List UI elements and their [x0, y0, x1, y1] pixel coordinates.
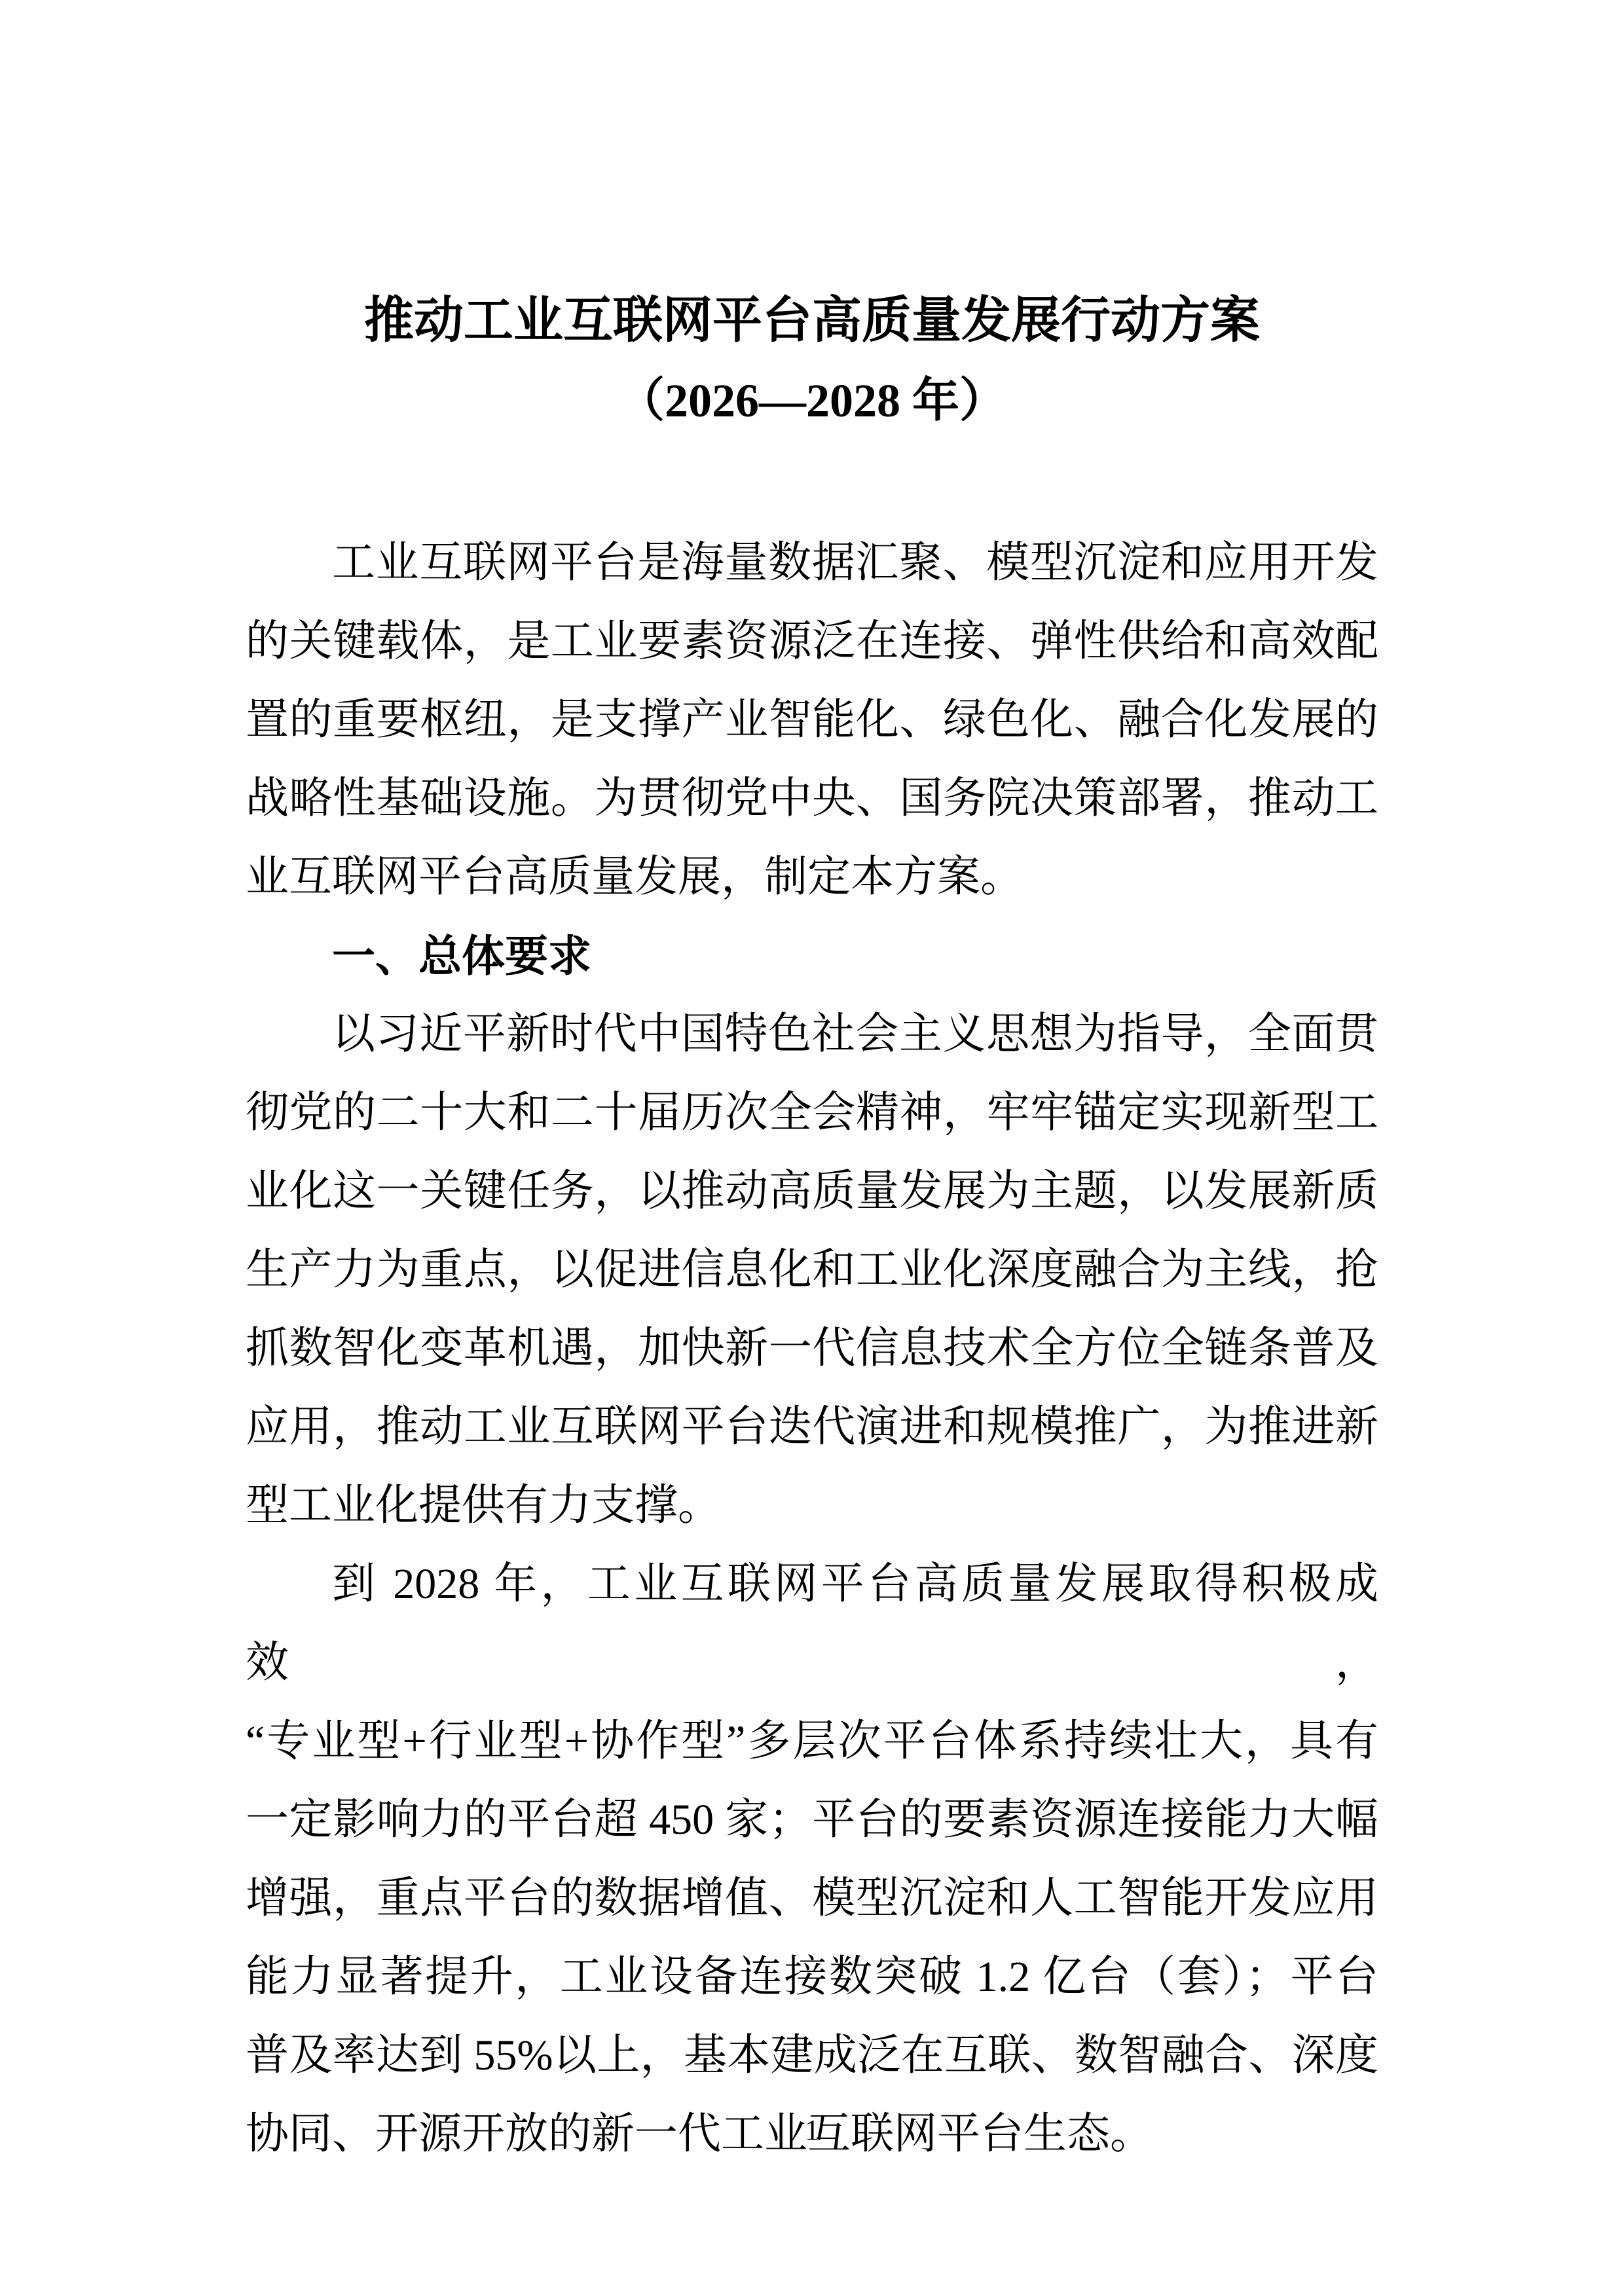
- body-line: 增强，重点平台的数据增值、模型沉淀和人工智能开发应用: [246, 1859, 1378, 1938]
- body-line: 彻党的二十大和二十届历次全会精神，牢牢锚定实现新型工: [246, 1074, 1378, 1152]
- body-line: 抓数智化变革机遇，加快新一代信息技术全方位全链条普及: [246, 1309, 1378, 1388]
- page-number: 1: [0, 2113, 1624, 2147]
- body-line: 战略性基础设施。为贯彻党中央、国务院决策部署，推动工: [246, 759, 1378, 838]
- body-line: “专业型+行业型+协作型”多层次平台体系持续壮大，具有: [246, 1702, 1378, 1781]
- body-line: 以习近平新时代中国特色社会主义思想为指导，全面贯: [246, 995, 1378, 1074]
- document-body: 工业互联网平台是海量数据汇聚、模型沉淀和应用开发 的关键载体，是工业要素资源泛在…: [246, 524, 1378, 2174]
- body-line: 生产力为重点，以促进信息化和工业化深度融合为主线，抢: [246, 1231, 1378, 1309]
- body-line: 业化这一关键任务，以推动高质量发展为主题，以发展新质: [246, 1152, 1378, 1231]
- body-line: 一定影响力的平台超 450 家；平台的要素资源连接能力大幅: [246, 1781, 1378, 1859]
- body-line: 普及率达到 55%以上，基本建成泛在互联、数智融合、深度: [246, 2016, 1378, 2095]
- body-line: 业互联网平台高质量发展，制定本方案。: [246, 838, 1378, 917]
- section-heading: 一、总体要求: [246, 917, 1378, 995]
- body-line: 应用，推动工业互联网平台迭代演进和规模推广，为推进新: [246, 1388, 1378, 1467]
- body-line: 置的重要枢纽，是支撑产业智能化、绿色化、融合化发展的: [246, 681, 1378, 759]
- body-line: 的关键载体，是工业要素资源泛在连接、弹性供给和高效配: [246, 602, 1378, 681]
- document-subtitle: （2026—2028 年）: [246, 361, 1378, 441]
- body-line: 工业互联网平台是海量数据汇聚、模型沉淀和应用开发: [246, 524, 1378, 602]
- body-line: 到 2028 年，工业互联网平台高质量发展取得积极成效，: [246, 1545, 1378, 1702]
- document-title: 推动工业互联网平台高质量发展行动方案: [246, 281, 1378, 361]
- title-block: 推动工业互联网平台高质量发展行动方案 （2026—2028 年）: [246, 281, 1378, 441]
- body-line: 型工业化提供有力支撑。: [246, 1467, 1378, 1545]
- document-page: 推动工业互联网平台高质量发展行动方案 （2026—2028 年） 工业互联网平台…: [0, 0, 1624, 2296]
- body-line: 能力显著提升，工业设备连接数突破 1.2 亿台（套）；平台: [246, 1938, 1378, 2016]
